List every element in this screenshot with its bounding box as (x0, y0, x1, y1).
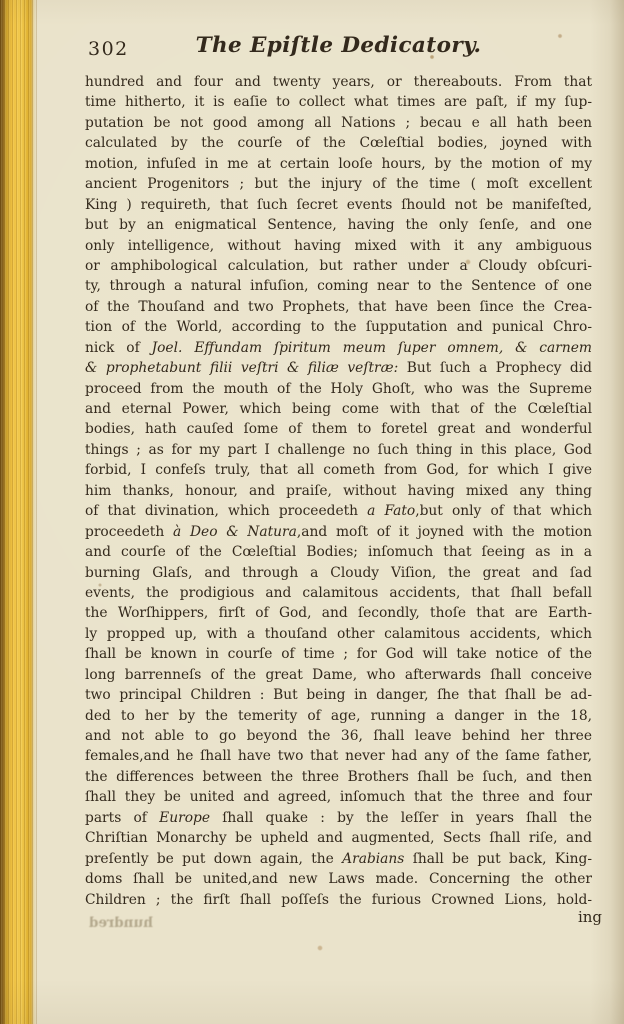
text-line: the differences between the three Brothe… (85, 767, 592, 787)
text-line: Children ; the firſt ſhall poſſeſs the f… (85, 890, 592, 910)
text-line: proceedeth à Deo & Natura,and moſt of it… (85, 522, 592, 542)
text-line: time hitherto, it is eaſie to collect wh… (85, 92, 592, 112)
text-line: females,and he ſhall have two that never… (85, 746, 592, 766)
text-line: the Worſhippers, firſt of God, and ſecon… (85, 603, 592, 623)
text-line: of the Thouſand and two Prophets, that h… (85, 297, 592, 317)
text-line: hundred and four and twenty years, or th… (85, 72, 592, 92)
bleedthrough-text: hundred (85, 915, 157, 931)
body-text: hundred and four and twenty years, or th… (85, 72, 592, 910)
text-line: tion of the World, according to the ſupp… (85, 317, 592, 337)
text-line: ty, through a natural infuſion, coming n… (85, 276, 592, 296)
text-line: ſhall they be united and agreed, inſomuc… (85, 787, 592, 807)
text-line: King ) requireth, that ſuch ſecret event… (85, 195, 592, 215)
text-line: things ; as for my part I challenge no ſ… (85, 440, 592, 460)
text-line: and not able to go beyond the 36, ſhall … (85, 726, 592, 746)
text-line: but by an enigmatical Sentence, having t… (85, 215, 592, 235)
text-line: bodies, hath cauſed ſome of them to fore… (85, 419, 592, 439)
text-line: ancient Progenitors ; but the injury of … (85, 174, 592, 194)
text-line: and courſe of the Cœleſtial Bodies; inſo… (85, 542, 592, 562)
text-line: of that divination, which proceedeth a F… (85, 501, 592, 521)
text-line: preſently be put down again, the Arabian… (85, 849, 592, 869)
text-line: burning Glaſs, and through a Cloudy Viſi… (85, 563, 592, 583)
text-line: events, the prodigious and calamitous ac… (85, 583, 592, 603)
text-line: doms ſhall be united,and new Laws made. … (85, 869, 592, 889)
text-line: ſhall be known in courſe of time ; for G… (85, 644, 592, 664)
text-line: long barrenneſs of the great Dame, who a… (85, 665, 592, 685)
text-line: motion, infuſed in me at certain looſe h… (85, 154, 592, 174)
text-line: or amphibological calculation, but rathe… (85, 256, 592, 276)
text-line: calculated by the courſe of the Cœleſtia… (85, 133, 592, 153)
text-line: him thanks, honour, and praiſe, without … (85, 481, 592, 501)
book-fore-edge (0, 0, 37, 1024)
text-line: parts of Europe ſhall quake : by the leſ… (85, 808, 592, 828)
book-page-scan: 302 The Epiſtle Dedicatory. hundred and … (0, 0, 624, 1024)
text-line: ly propped up, with a thouſand other cal… (85, 624, 592, 644)
text-line: forbid, I confeſs truly, that all cometh… (85, 460, 592, 480)
text-line: only intelligence, without having mixed … (85, 236, 592, 256)
text-line: two principal Children : But being in da… (85, 685, 592, 705)
text-line: and eternal Power, which being come with… (85, 399, 592, 419)
text-line: putation be not good among all Nations ;… (85, 113, 592, 133)
text-line: Chriſtian Monarchy be upheld and augment… (85, 828, 592, 848)
catchword: ing (578, 908, 602, 926)
text-line: proceed from the mouth of the Holy Ghoſt… (85, 379, 592, 399)
text-line: nick of Joel. Effundam ſpiritum meum ſup… (85, 338, 592, 358)
running-title: The Epiſtle Dedicatory. (85, 33, 592, 58)
text-line: & prophetabunt filii veſtri & filiæ veſt… (85, 358, 592, 378)
text-line: ded to her by the temerity of age, runni… (85, 706, 592, 726)
